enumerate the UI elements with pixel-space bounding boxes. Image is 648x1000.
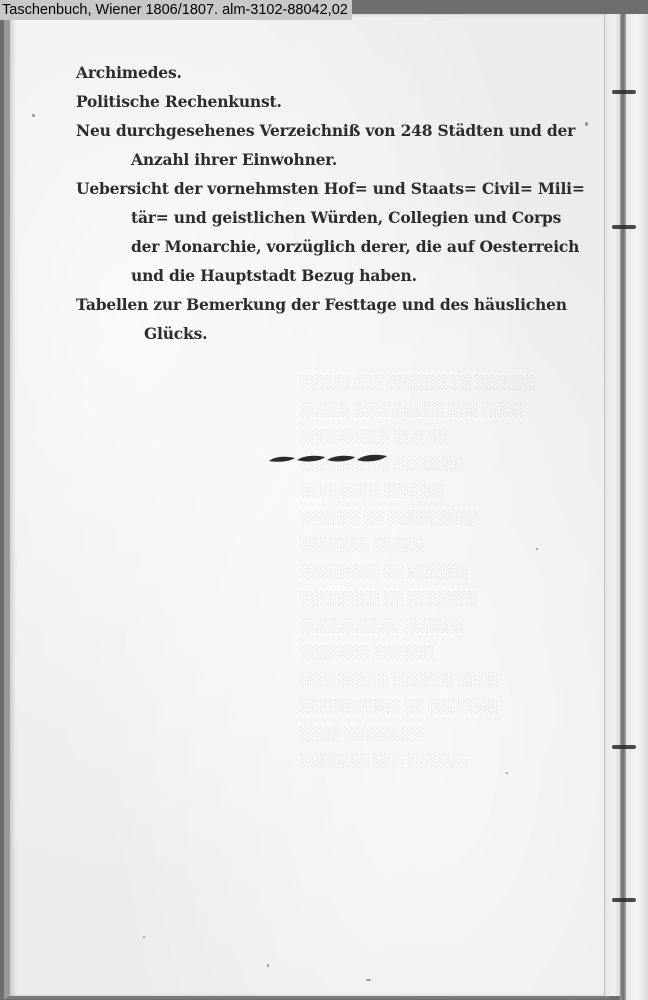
document-title-bar: Taschenbuch, Wiener 1806/1807. alm-3102-… — [0, 0, 352, 20]
binding-thread-mark — [612, 225, 636, 229]
entry-line: Glücks. — [76, 319, 576, 348]
paper-speck — [506, 772, 508, 774]
document-title: Taschenbuch, Wiener 1806/1807. alm-3102-… — [2, 2, 348, 18]
table-of-contents: Archimedes. Politische Rechenkunst. Neu … — [76, 58, 576, 348]
entry-line: Tabellen zur Bemerkung der Festtage und … — [76, 290, 576, 319]
contents-entry: Politische Rechenkunst. — [76, 87, 576, 116]
binding-thread-mark — [612, 90, 636, 94]
paper-speck — [366, 979, 371, 981]
page-edge — [604, 14, 621, 996]
contents-entry: Tabellen zur Bemerkung der Festtage und … — [76, 290, 576, 348]
paper-speck — [143, 936, 145, 938]
contents-entry: Uebersicht der vornehmsten Hof= und Staa… — [76, 174, 576, 290]
binding-thread-mark — [612, 745, 636, 749]
entry-line: Uebersicht der vornehmsten Hof= und Staa… — [76, 174, 576, 203]
book-cover-edge — [626, 14, 648, 1000]
scanned-document-view: Taschenbuch, Wiener 1806/1807. alm-3102-… — [0, 0, 648, 1000]
contents-entry: Neu durchgesehenes Verzeichniß von 248 S… — [76, 116, 576, 174]
entry-line: und die Hauptstadt Bezug haben. — [76, 261, 576, 290]
entry-line: Politische Rechenkunst. — [76, 87, 576, 116]
contents-entry: Archimedes. — [76, 58, 576, 87]
paper-speck — [585, 122, 588, 126]
paper-speck — [267, 964, 269, 967]
entry-line: Anzahl ihrer Einwohner. — [76, 145, 576, 174]
entry-line: Archimedes. — [76, 58, 576, 87]
paper-speck — [32, 114, 35, 117]
entry-line: tär= und geistlichen Würden, Collegien u… — [76, 203, 576, 232]
ornamental-swash-rule-icon — [267, 452, 389, 466]
binding-thread-mark — [612, 898, 636, 902]
entry-line: Neu durchgesehenes Verzeichniß von 248 S… — [76, 116, 576, 145]
entry-line: der Monarchie, vorzüglich derer, die auf… — [76, 232, 576, 261]
paper-speck — [536, 548, 538, 550]
